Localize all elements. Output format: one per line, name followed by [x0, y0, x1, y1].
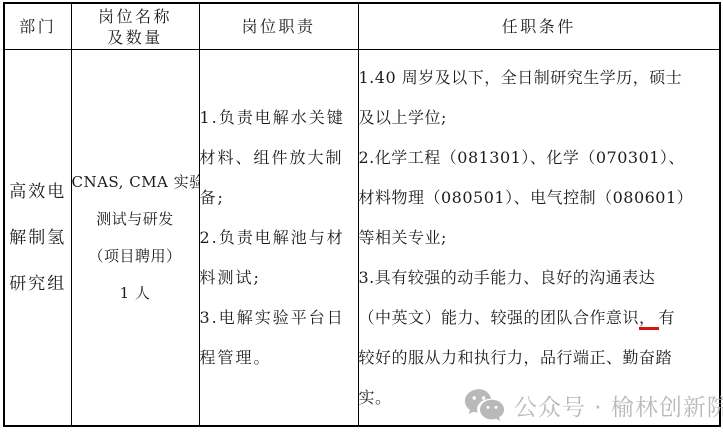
cell-department: 高效电 解制氢 研究组	[4, 50, 71, 427]
wechat-icon	[464, 388, 505, 422]
header-duties: 岗位职责	[199, 3, 358, 50]
proofreading-underline-mark: ，	[639, 308, 659, 330]
header-row: 部门 岗位名称 及数量 岗位职责 任职条件	[4, 3, 720, 50]
document-page: 部门 岗位名称 及数量 岗位职责 任职条件 高效电 解制氢 研究组 CNAS, …	[0, 0, 723, 432]
cell-duties: 1.负责电解水关键 材料、组件放大制 备; 2.负责电解池与材 料测试; 3.电…	[199, 50, 358, 427]
cell-requirements: 1.40 周岁及以下，全日制研究生学历，硕士 及以上学位; 2.化学工程（081…	[358, 50, 720, 427]
recruitment-table: 部门 岗位名称 及数量 岗位职责 任职条件 高效电 解制氢 研究组 CNAS, …	[3, 2, 721, 427]
watermark: 公众号 · 榆林创新院	[464, 388, 723, 422]
requirements-text-part1: 1.40 周岁及以下，全日制研究生学历，硕士 及以上学位; 2.化学工程（081…	[359, 68, 694, 327]
watermark-text: 公众号 · 榆林创新院	[514, 389, 723, 422]
table-row: 高效电 解制氢 研究组 CNAS, CMA 实验 测试与研发 （项目聘用） 1 …	[4, 50, 720, 427]
header-position-name-count: 岗位名称 及数量	[71, 3, 199, 50]
header-requirements: 任职条件	[358, 3, 720, 50]
cell-position: CNAS, CMA 实验 测试与研发 （项目聘用） 1 人	[71, 50, 199, 427]
header-department: 部门	[4, 3, 71, 50]
